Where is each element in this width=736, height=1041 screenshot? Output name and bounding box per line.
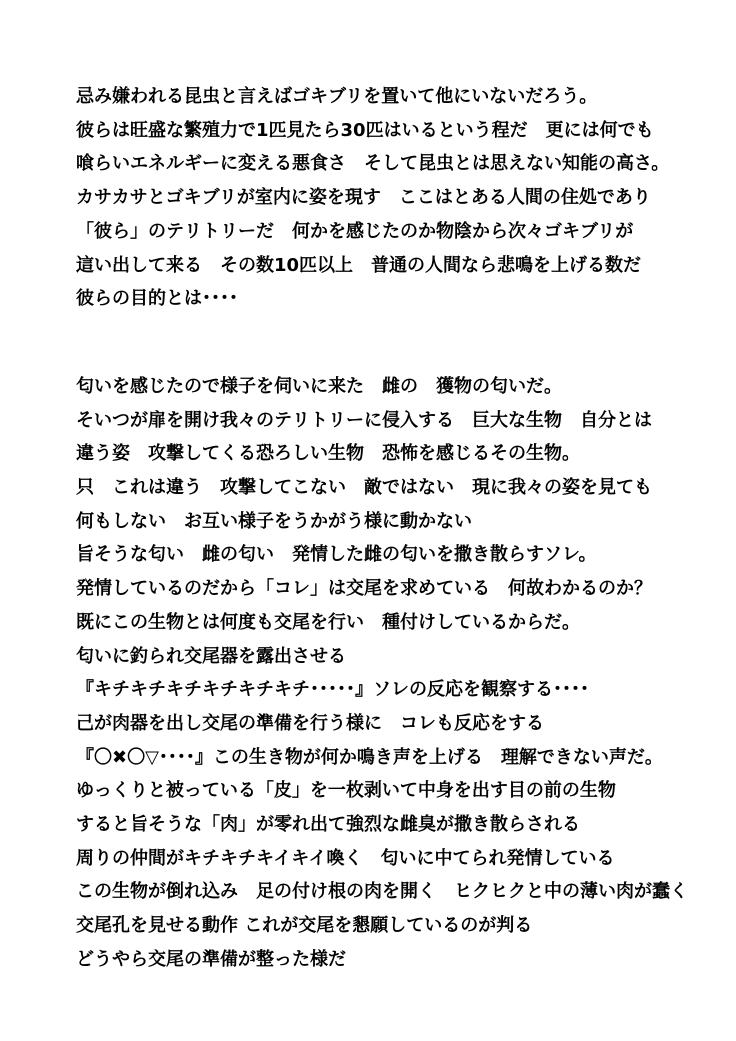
text-line: 交尾孔を見せる動作 これが交尾を懇願しているのが判る — [76, 909, 706, 943]
text-line: 違う姿 攻撃してくる恐ろしい生物 恐怖を感じるその生物。 — [76, 437, 706, 471]
text-line: 「彼ら」のテリトリーだ 何かを感じたのか物陰から次々ゴキブリが — [76, 215, 706, 249]
text-line: 周りの仲間がキチキチキイキイ喚く 匂いに中てられ発情している — [76, 842, 706, 876]
text-line: 既にこの生物とは何度も交尾を行い 種付けしているからだ。 — [76, 606, 706, 640]
text-line: 発情しているのだから「コレ」は交尾を求めている 何故わかるのか？ — [76, 572, 706, 606]
text-line: 這い出して来る その数10匹以上 普通の人間なら悲鳴を上げる数だ — [76, 249, 706, 283]
document-page: 忌み嫌われる昆虫と言えばゴキブリを置いて他にいないだろう。 彼らは旺盛な繁殖力で… — [0, 0, 736, 1041]
paragraph-narration-1: 忌み嫌われる昆虫と言えばゴキブリを置いて他にいないだろう。 彼らは旺盛な繁殖力で… — [76, 80, 706, 316]
text-line: 喰らいエネルギーに変える悪食さ そして昆虫とは思えない知能の高さ。 — [76, 147, 706, 181]
text-line: カサカサとゴキブリが室内に姿を現す ここはとある人間の住処であり — [76, 181, 706, 215]
text-line: ゆっくりと被っている「皮」を一枚剥いて中身を出す目の前の生物 — [76, 774, 706, 808]
text-line: 只 これは違う 攻撃してこない 敵ではない 現に我々の姿を見ても — [76, 471, 706, 505]
text-line: 彼らの目的とは････ — [76, 282, 706, 316]
text-line: 旨そうな匂い 雌の匂い 発情した雌の匂いを撒き散らすソレ。 — [76, 538, 706, 572]
text-line: そいつが扉を開け我々のテリトリーに侵入する 巨大な生物 自分とは — [76, 404, 706, 438]
text-line: この生物が倒れ込み 足の付け根の肉を開く ヒクヒクと中の薄い肉が蠢く — [76, 875, 706, 909]
text-line: 忌み嫌われる昆虫と言えばゴキブリを置いて他にいないだろう。 — [76, 80, 706, 114]
text-line: 彼らは旺盛な繁殖力で1匹見たら30匹はいるという程だ 更には何でも — [76, 114, 706, 148]
text-line: 『〇✖〇▽････』この生き物が何か鳴き声を上げる 理解できない声だ。 — [76, 741, 706, 775]
text-line: すると旨そうな「肉」が零れ出て強烈な雌臭が撒き散らされる — [76, 808, 706, 842]
text-line: どうやら交尾の準備が整った様だ — [76, 943, 706, 977]
text-line: 匂いを感じたので様子を伺いに来た 雌の 獲物の匂いだ。 — [76, 370, 706, 404]
paragraph-narration-2: 匂いを感じたので様子を伺いに来た 雌の 獲物の匂いだ。 そいつが扉を開け我々のテ… — [76, 370, 706, 977]
text-line: 匂いに釣られ交尾器を露出させる — [76, 640, 706, 674]
text-line: 己が肉器を出し交尾の準備を行う様に コレも反応をする — [76, 707, 706, 741]
text-line: 『キチキチキチキチキチキチ･････』ソレの反応を観察する････ — [76, 673, 706, 707]
text-line: 何もしない お互い様子をうかがう様に動かない — [76, 505, 706, 539]
